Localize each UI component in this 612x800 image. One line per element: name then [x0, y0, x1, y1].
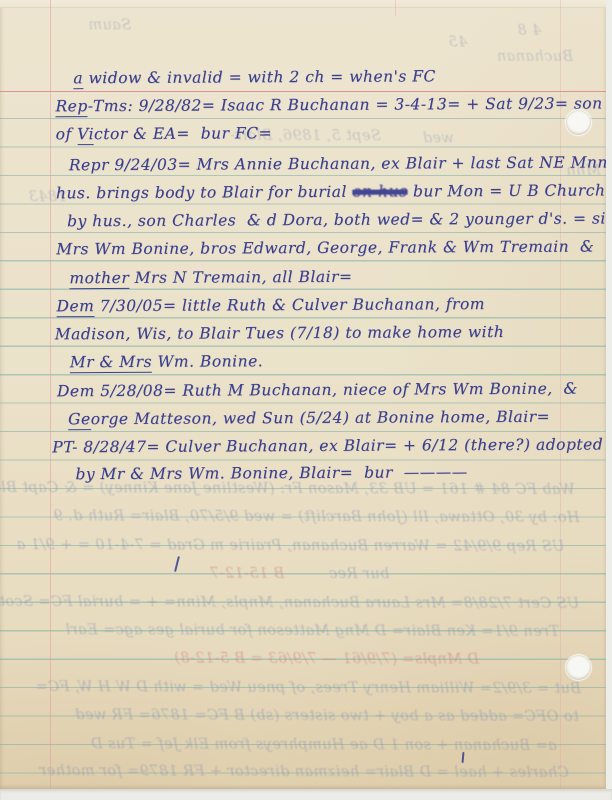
underlined-word: Vi: [77, 125, 94, 145]
handwriting-line: mother Mrs N Tremain, all Blair=: [69, 268, 352, 287]
handwriting-line: Dem 7/30/05= little Ruth & Culver Buchan…: [56, 295, 485, 315]
handwriting-text: Wm. Bonine.: [152, 352, 263, 371]
handwriting-line: a widow & invalid = with 2 ch = when's F…: [73, 67, 436, 87]
underlined-word: mother: [69, 269, 129, 289]
handwriting-line: Madison, Wis, to Blair Tues (7/18) to ma…: [55, 323, 505, 343]
handwriting-text: by hus., son Charles & d Dora, both wed=…: [67, 209, 606, 230]
handwriting-line: George Matteson, wed Sun (5/24) at Bonin…: [68, 408, 550, 429]
handwriting-text: ctor & EA= bur FC=: [94, 124, 272, 143]
handwriting-text: hus. brings body to Blair for burial: [56, 183, 352, 203]
handwriting-text: of: [56, 125, 78, 143]
handwriting-text: -Tms: 9/28/82= Isaac R Buchanan = 3-4-13…: [88, 94, 603, 115]
crossed-out-word: on hus: [352, 182, 407, 200]
handwriting-line: Mrs Wm Bonine, bros Edward, George, Fran…: [56, 237, 594, 258]
scanner-background-right: [606, 0, 612, 800]
underlined-word: a: [73, 69, 83, 89]
underlined-word: Mr & Mrs: [70, 353, 152, 373]
handwriting-text: Repr 9/24/03= Mrs Annie Buchanan, ex Bla…: [69, 153, 606, 174]
handwriting-text: by Mr & Mrs Wm. Bonine, Blair= bur ————: [75, 463, 467, 483]
handwriting-line: Rep-Tms: 9/28/82= Isaac R Buchanan = 3-4…: [55, 94, 602, 115]
handwriting-text: bur Mon = U B Church= 42 yrs= fun: [407, 181, 606, 201]
handwriting-text: widow & invalid = with 2 ch = when's FC: [83, 67, 436, 87]
handwriting-line: Dem 5/28/08= Ruth M Buchanan, niece of M…: [57, 380, 578, 401]
handwriting-text: Madison, Wis, to Blair Tues (7/18) to ma…: [55, 323, 505, 343]
handwriting-text: 7/30/05= little Ruth & Culver Buchanan, …: [94, 295, 485, 315]
punch-hole-top: [566, 110, 591, 135]
paper-sheet: Wab FC 84 # 161 = UB 33, Mason Fr: (West…: [0, 0, 606, 789]
handwriting-line: of Victor & EA= bur FC=: [56, 124, 272, 143]
handwriting-text: Mrs Wm Bonine, bros Edward, George, Fran…: [56, 237, 594, 258]
handwriting-line: PT- 8/28/47= Culver Buchanan, ex Blair= …: [52, 435, 606, 456]
handwriting-layer: a widow & invalid = with 2 ch = when's F…: [0, 0, 606, 789]
handwriting-text: PT- 8/28/47= Culver Buchanan, ex Blair= …: [52, 435, 606, 456]
scanner-background-bottom: [0, 789, 612, 800]
underlined-word: Dem: [56, 297, 94, 317]
handwriting-line: Mr & Mrs Wm. Bonine.: [70, 352, 263, 371]
underlined-word: Ge: [68, 410, 91, 430]
handwriting-line: hus. brings body to Blair for burial on …: [56, 181, 606, 203]
handwriting-line: by hus., son Charles & d Dora, both wed=…: [67, 209, 606, 230]
handwriting-text: Mrs N Tremain, all Blair=: [129, 268, 352, 287]
scanned-page: Wab FC 84 # 161 = UB 33, Mason Fr: (West…: [0, 0, 612, 800]
handwriting-line: Repr 9/24/03= Mrs Annie Buchanan, ex Bla…: [69, 153, 606, 174]
handwriting-text: orge Matteson, wed Sun (5/24) at Bonine …: [91, 408, 550, 428]
underlined-word: Rep: [55, 97, 87, 117]
punch-hole-bottom: [566, 655, 591, 680]
handwriting-text: Dem 5/28/08= Ruth M Buchanan, niece of M…: [57, 380, 578, 401]
handwriting-line: by Mr & Mrs Wm. Bonine, Blair= bur ————: [75, 463, 467, 483]
